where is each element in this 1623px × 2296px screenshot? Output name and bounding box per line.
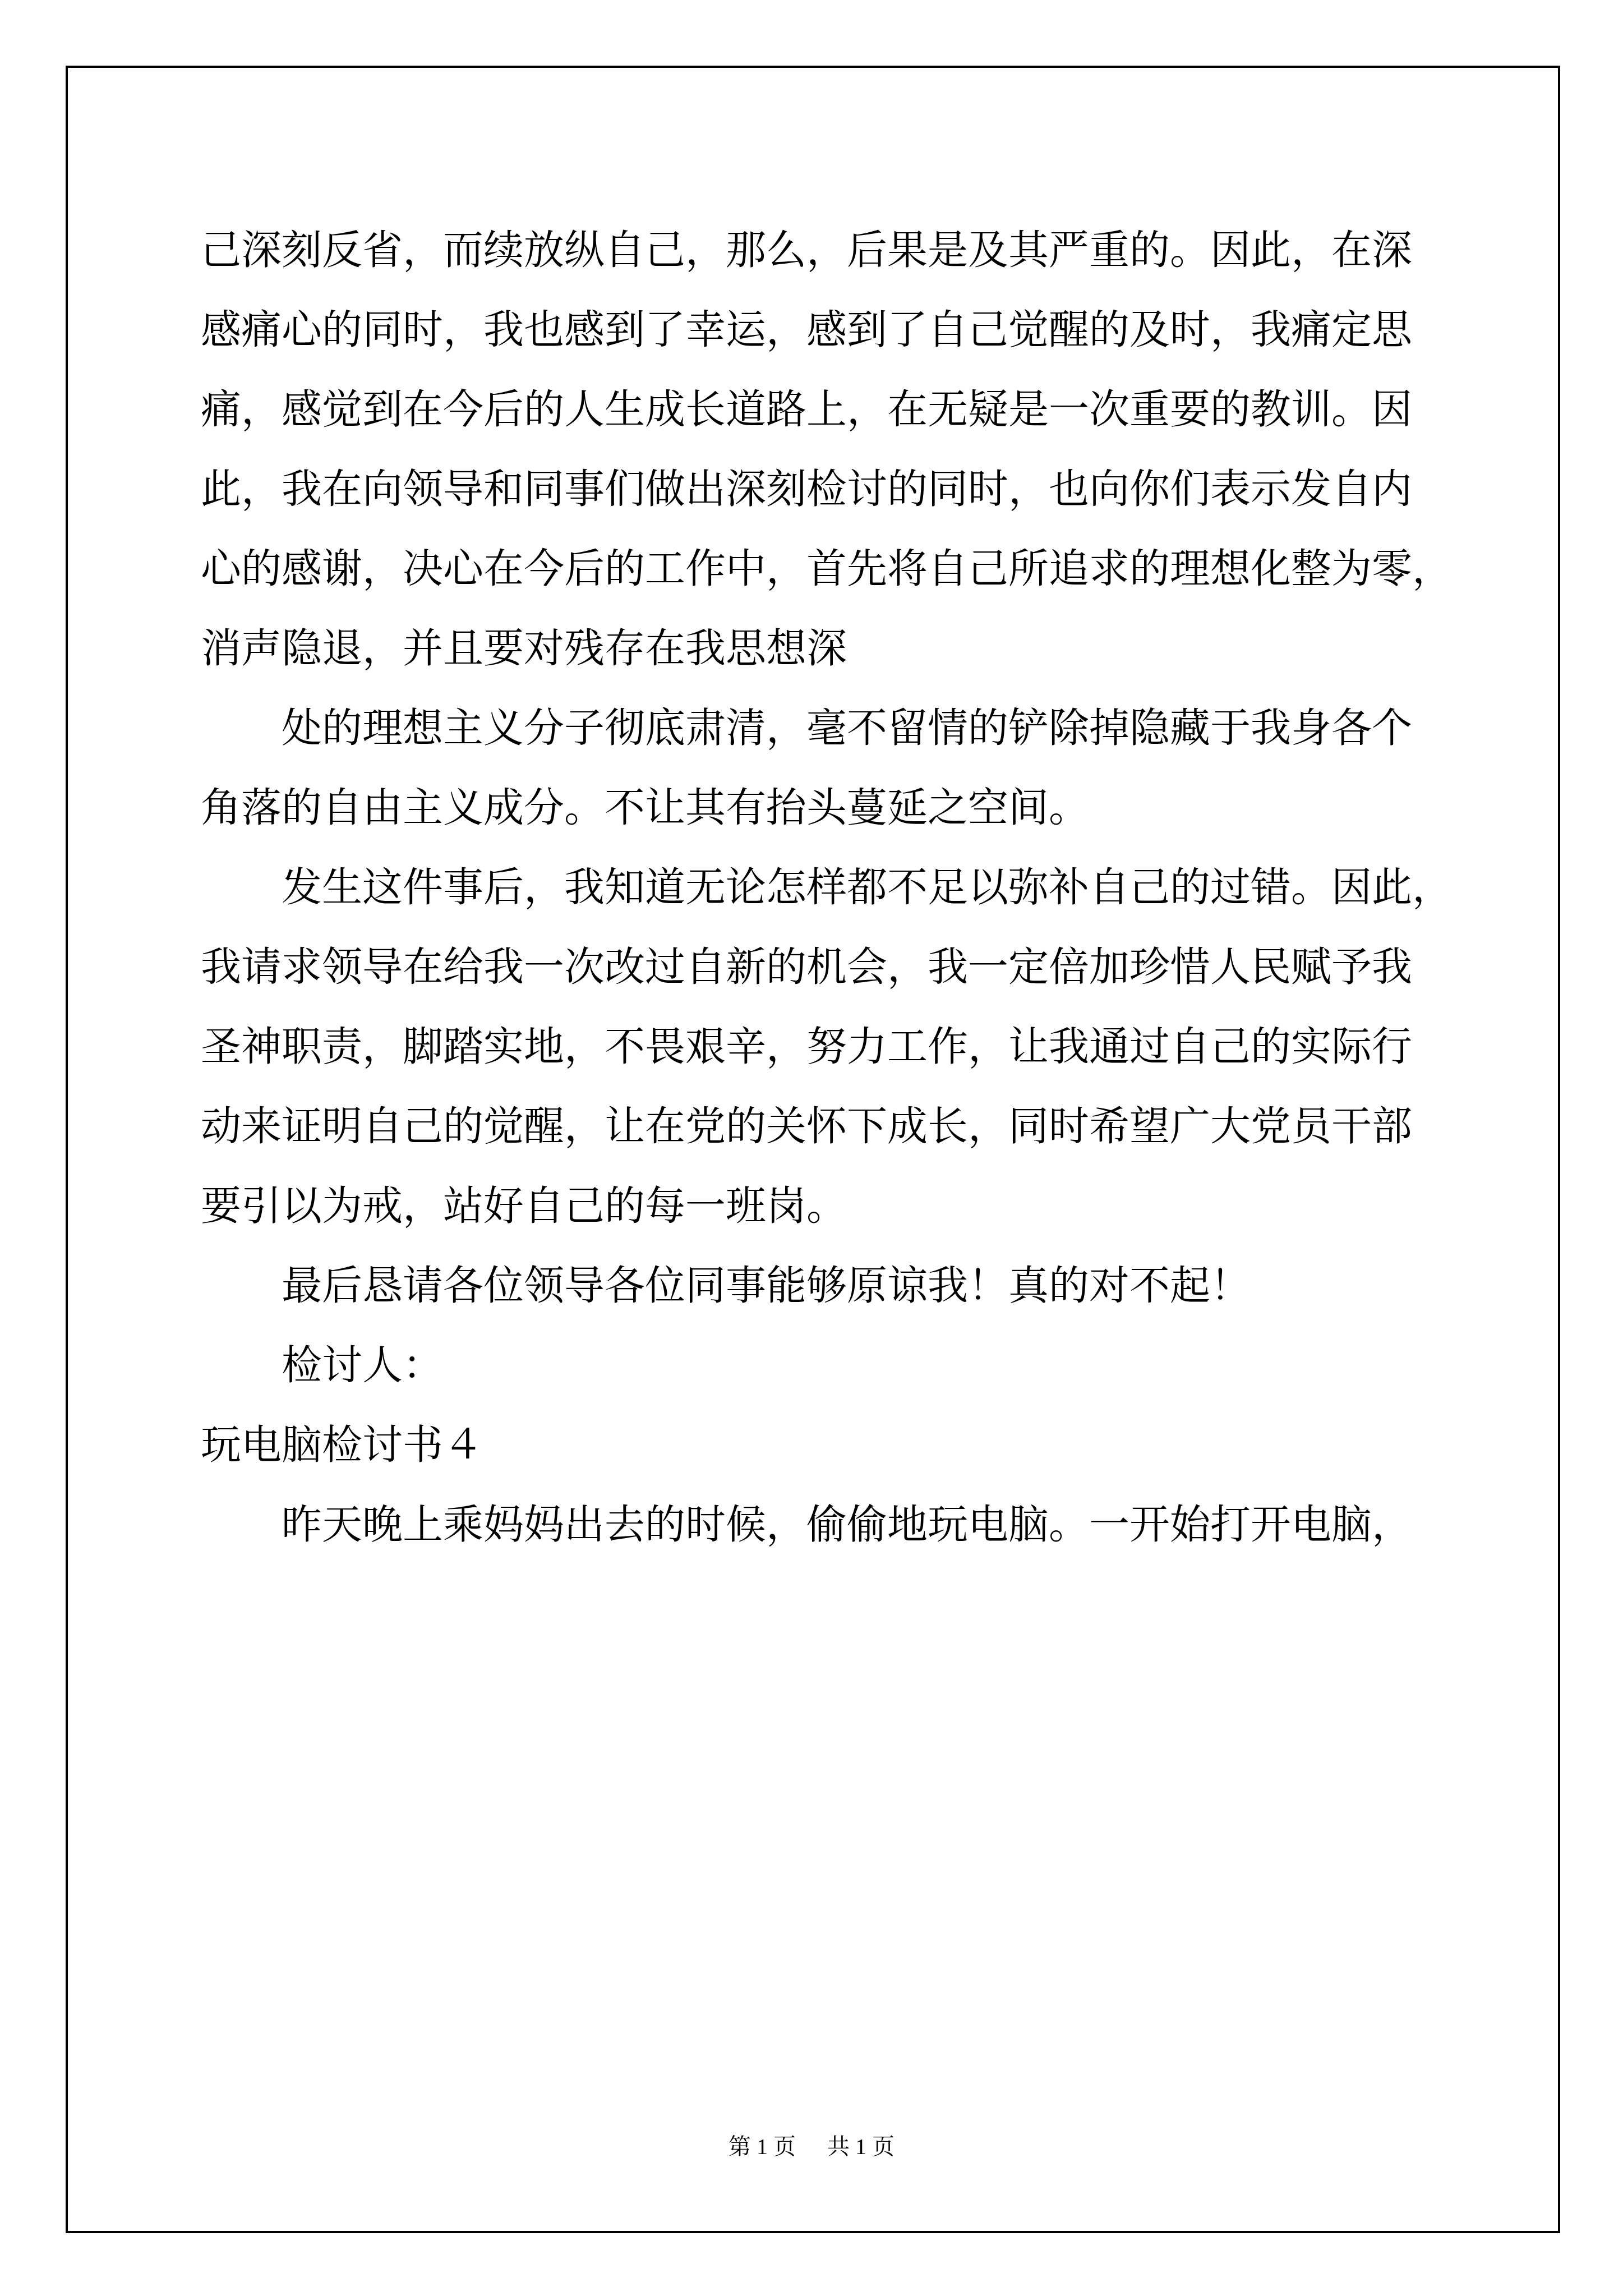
paragraph-line: 圣神职责，脚踏实地，不畏艰辛，努力工作，让我通过自己的实际行 xyxy=(201,1018,1435,1098)
document-body: 己深刻反省，而续放纵自己，那么，后果是及其严重的。因此，在深 感痛心的同时，我也… xyxy=(201,222,1435,1576)
paragraph-line: 我请求领导在给我一次改过自新的机会，我一定倍加珍惜人民赋予我 xyxy=(201,938,1435,1018)
paragraph-line: 感痛心的同时，我也感到了幸运，感到了自己觉醒的及时，我痛定思 xyxy=(201,301,1435,381)
page-footer: 第 1 页共 1 页 xyxy=(0,2129,1623,2161)
paragraph-line: 此，我在向领导和同事们做出深刻检讨的同时，也向你们表示发自内 xyxy=(201,461,1435,540)
paragraph-line: 消声隐退，并且要对残存在我思想深 xyxy=(201,620,1435,700)
paragraph-line: 发生这件事后，我知道无论怎样都不足以弥补自己的过错。因此， xyxy=(201,859,1435,938)
paragraph-line: 动来证明自己的觉醒，让在党的关怀下成长，同时希望广大党员干部 xyxy=(201,1098,1435,1177)
section-heading: 玩电脑检讨书４ xyxy=(201,1416,1435,1496)
page-number-current: 第 1 页 xyxy=(728,2134,796,2159)
paragraph-line: 痛，感觉到在今后的人生成长道路上，在无疑是一次重要的教训。因 xyxy=(201,381,1435,461)
paragraph-line: 昨天晚上乘妈妈出去的时候，偷偷地玩电脑。一开始打开电脑， xyxy=(201,1496,1435,1576)
closing-line: 最后恳请各位领导各位同事能够原谅我！真的对不起！ xyxy=(201,1257,1435,1337)
paragraph-line: 角落的自由主义成分。不让其有抬头蔓延之空间。 xyxy=(201,779,1435,859)
signature-label: 检讨人： xyxy=(201,1337,1435,1416)
paragraph-line: 处的理想主义分子彻底肃清，毫不留情的铲除掉隐藏于我身各个 xyxy=(201,700,1435,779)
paragraph-line: 要引以为戒，站好自己的每一班岗。 xyxy=(201,1177,1435,1257)
paragraph-line: 己深刻反省，而续放纵自己，那么，后果是及其严重的。因此，在深 xyxy=(201,222,1435,301)
paragraph-line: 心的感谢，决心在今后的工作中，首先将自己所追求的理想化整为零， xyxy=(201,540,1435,620)
page-number-total: 共 1 页 xyxy=(827,2134,895,2159)
